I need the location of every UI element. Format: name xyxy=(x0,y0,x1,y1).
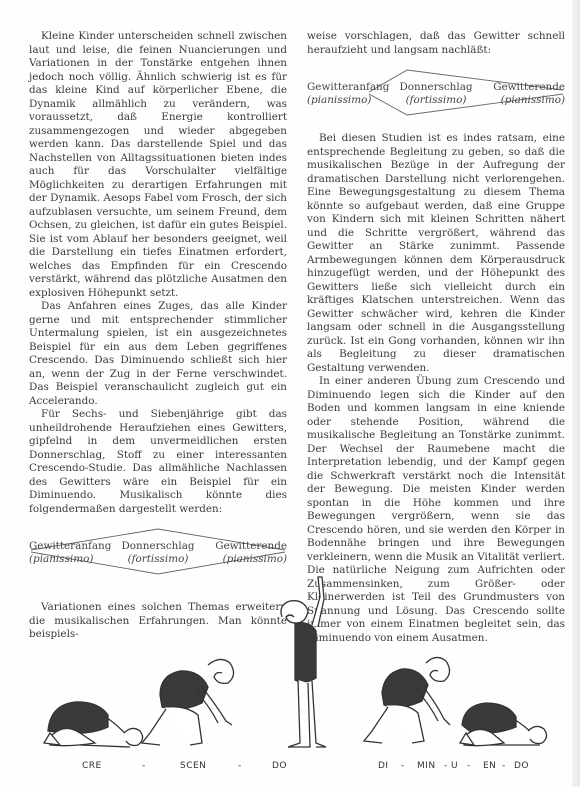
syllable-separator: - xyxy=(142,761,146,771)
diagram-start-label: Gewitteranfang (pianissimo) xyxy=(307,81,389,107)
child-curled-figure-icon xyxy=(44,702,143,747)
left-column: Kleine Kinder unterscheiden schnell zwis… xyxy=(29,30,287,642)
syllable-separator: - xyxy=(502,761,506,771)
paragraph: weise vorschlagen, daß das Gewitter schn… xyxy=(307,30,565,57)
diagram-start-label: Gewitteranfang (pianissimo) xyxy=(29,540,111,566)
syllable-label: EN xyxy=(483,761,496,771)
syllable-separator: - xyxy=(238,761,242,771)
diagram-peak-label: Donnerschlag (fortissimo) xyxy=(399,81,472,107)
syllable-separator: - xyxy=(401,761,405,771)
page-edge xyxy=(572,0,580,787)
paragraph: Das Anfahren eines Zuges, das alle Kinde… xyxy=(29,300,287,408)
syllable-separator: - xyxy=(467,761,471,771)
syllable-label: CRE xyxy=(82,761,102,771)
child-curled-figure-icon xyxy=(460,703,547,746)
paragraph: Für Sechs- und Siebenjährige gibt das un… xyxy=(29,408,287,516)
child-kneeling-figure-icon xyxy=(142,659,234,745)
paragraph: Bei diesen Studien ist es indes ratsam, … xyxy=(307,132,565,375)
syllable-label: MIN xyxy=(417,761,436,771)
syllable-label: DO xyxy=(272,761,287,771)
syllable-separator: - xyxy=(444,761,448,771)
book-page: Kleine Kinder unterscheiden schnell zwis… xyxy=(0,0,580,787)
movement-illustration xyxy=(20,575,565,755)
syllable-label: U xyxy=(451,761,458,771)
right-column: weise vorschlagen, daß das Gewitter schn… xyxy=(307,30,565,645)
child-kneeling-figure-icon xyxy=(364,657,450,743)
child-standing-figure-icon xyxy=(281,577,326,747)
dynamics-diagram-symmetric: Gewitteranfang (pianissimo) Donnerschlag… xyxy=(29,523,287,581)
syllable-label: DI xyxy=(378,761,389,771)
syllable-label: DO xyxy=(514,761,529,771)
dynamics-diagram-asymmetric: Gewitteranfang (pianissimo) Donnerschlag… xyxy=(307,64,565,122)
diagram-end-label: Gewitterende (pianissimo) xyxy=(215,540,287,566)
diagram-end-label: Gewitterende (pianissimo) xyxy=(493,81,565,107)
paragraph: Kleine Kinder unterscheiden schnell zwis… xyxy=(29,30,287,300)
syllable-label: SCEN xyxy=(180,761,206,771)
diagram-peak-label: Donnerschlag (fortissimo) xyxy=(121,540,194,566)
